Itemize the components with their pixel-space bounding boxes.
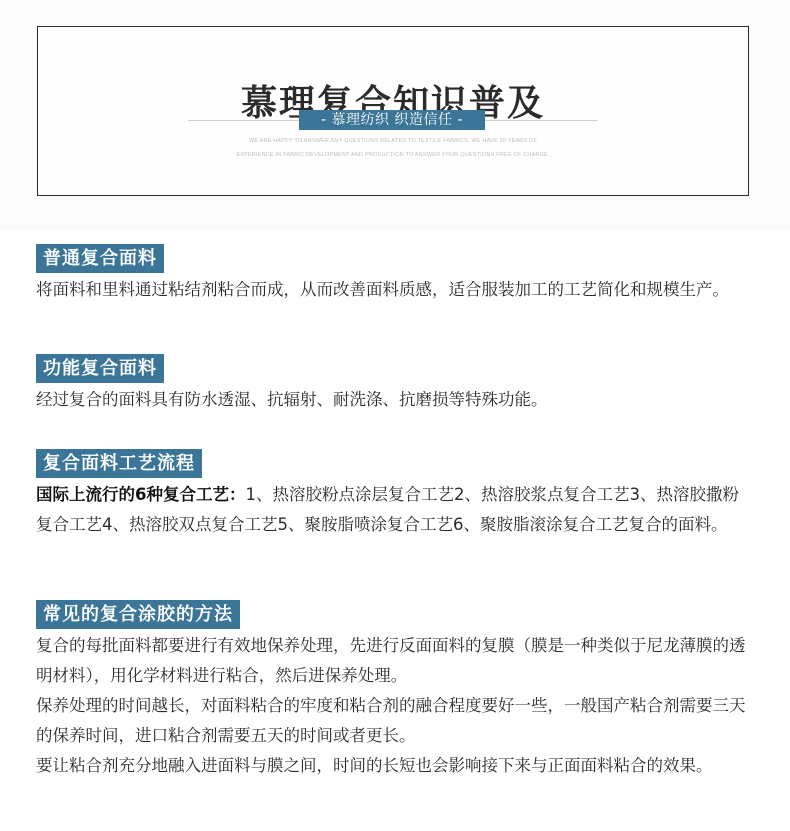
hero-frame: 慕理复合知识普及 - 慕理纺织 织造信任 - WE ARE HAPPY TO A… — [37, 26, 749, 196]
section-heading: 常见的复合涂胶的方法 — [36, 600, 240, 629]
section-heading: 复合面料工艺流程 — [36, 449, 202, 478]
section-paragraph: 将面料和里料通过粘结剂粘合而成，从而改善面料质感，适合服装加工的工艺简化和规模生… — [36, 275, 748, 305]
section-paragraph: 要让粘合剂充分地融入进面料与膜之间，时间的长短也会影响接下来与正面面料粘合的效果… — [36, 751, 748, 781]
section-paragraph: 复合的每批面料都要进行有效地保养处理，先进行反面面料的复膜（膜是一种类似于尼龙薄… — [36, 631, 748, 691]
section-paragraph: 国际上流行的6种复合工艺：1、热溶胶粉点涂层复合工艺2、热溶胶浆点复合工艺3、热… — [36, 480, 748, 540]
section-paragraph: 经过复合的面料具有防水透湿、抗辐射、耐洗涤、抗磨损等特殊功能。 — [36, 385, 748, 415]
section-heading: 功能复合面料 — [36, 354, 164, 383]
hero-subtitle-line-2: EXPERIENCE IN FABRIC DEVELOPMENT AND PRO… — [38, 152, 748, 158]
section-process-flow: 复合面料工艺流程 国际上流行的6种复合工艺：1、热溶胶粉点涂层复合工艺2、热溶胶… — [36, 449, 756, 540]
tagline-badge: - 慕理纺织 织造信任 - — [299, 110, 485, 130]
paragraph-lead: 国际上流行的6种复合工艺： — [36, 485, 245, 504]
section-heading: 普通复合面料 — [36, 244, 164, 273]
section-ordinary-composite: 普通复合面料 将面料和里料通过粘结剂粘合而成，从而改善面料质感，适合服装加工的工… — [36, 244, 756, 305]
hero-subtitle-line-1: WE ARE HAPPY TO ANSWER ANY QUESTIONS REL… — [38, 138, 748, 144]
section-glue-methods: 常见的复合涂胶的方法 复合的每批面料都要进行有效地保养处理，先进行反面面料的复膜… — [36, 600, 756, 781]
section-paragraph: 保养处理的时间越长，对面料粘合的牢度和粘合剂的融合程度要好一些，一般国产粘合剂需… — [36, 691, 748, 751]
hero-banner: 慕理复合知识普及 - 慕理纺织 织造信任 - WE ARE HAPPY TO A… — [0, 0, 790, 230]
section-functional-composite: 功能复合面料 经过复合的面料具有防水透湿、抗辐射、耐洗涤、抗磨损等特殊功能。 — [36, 354, 756, 415]
